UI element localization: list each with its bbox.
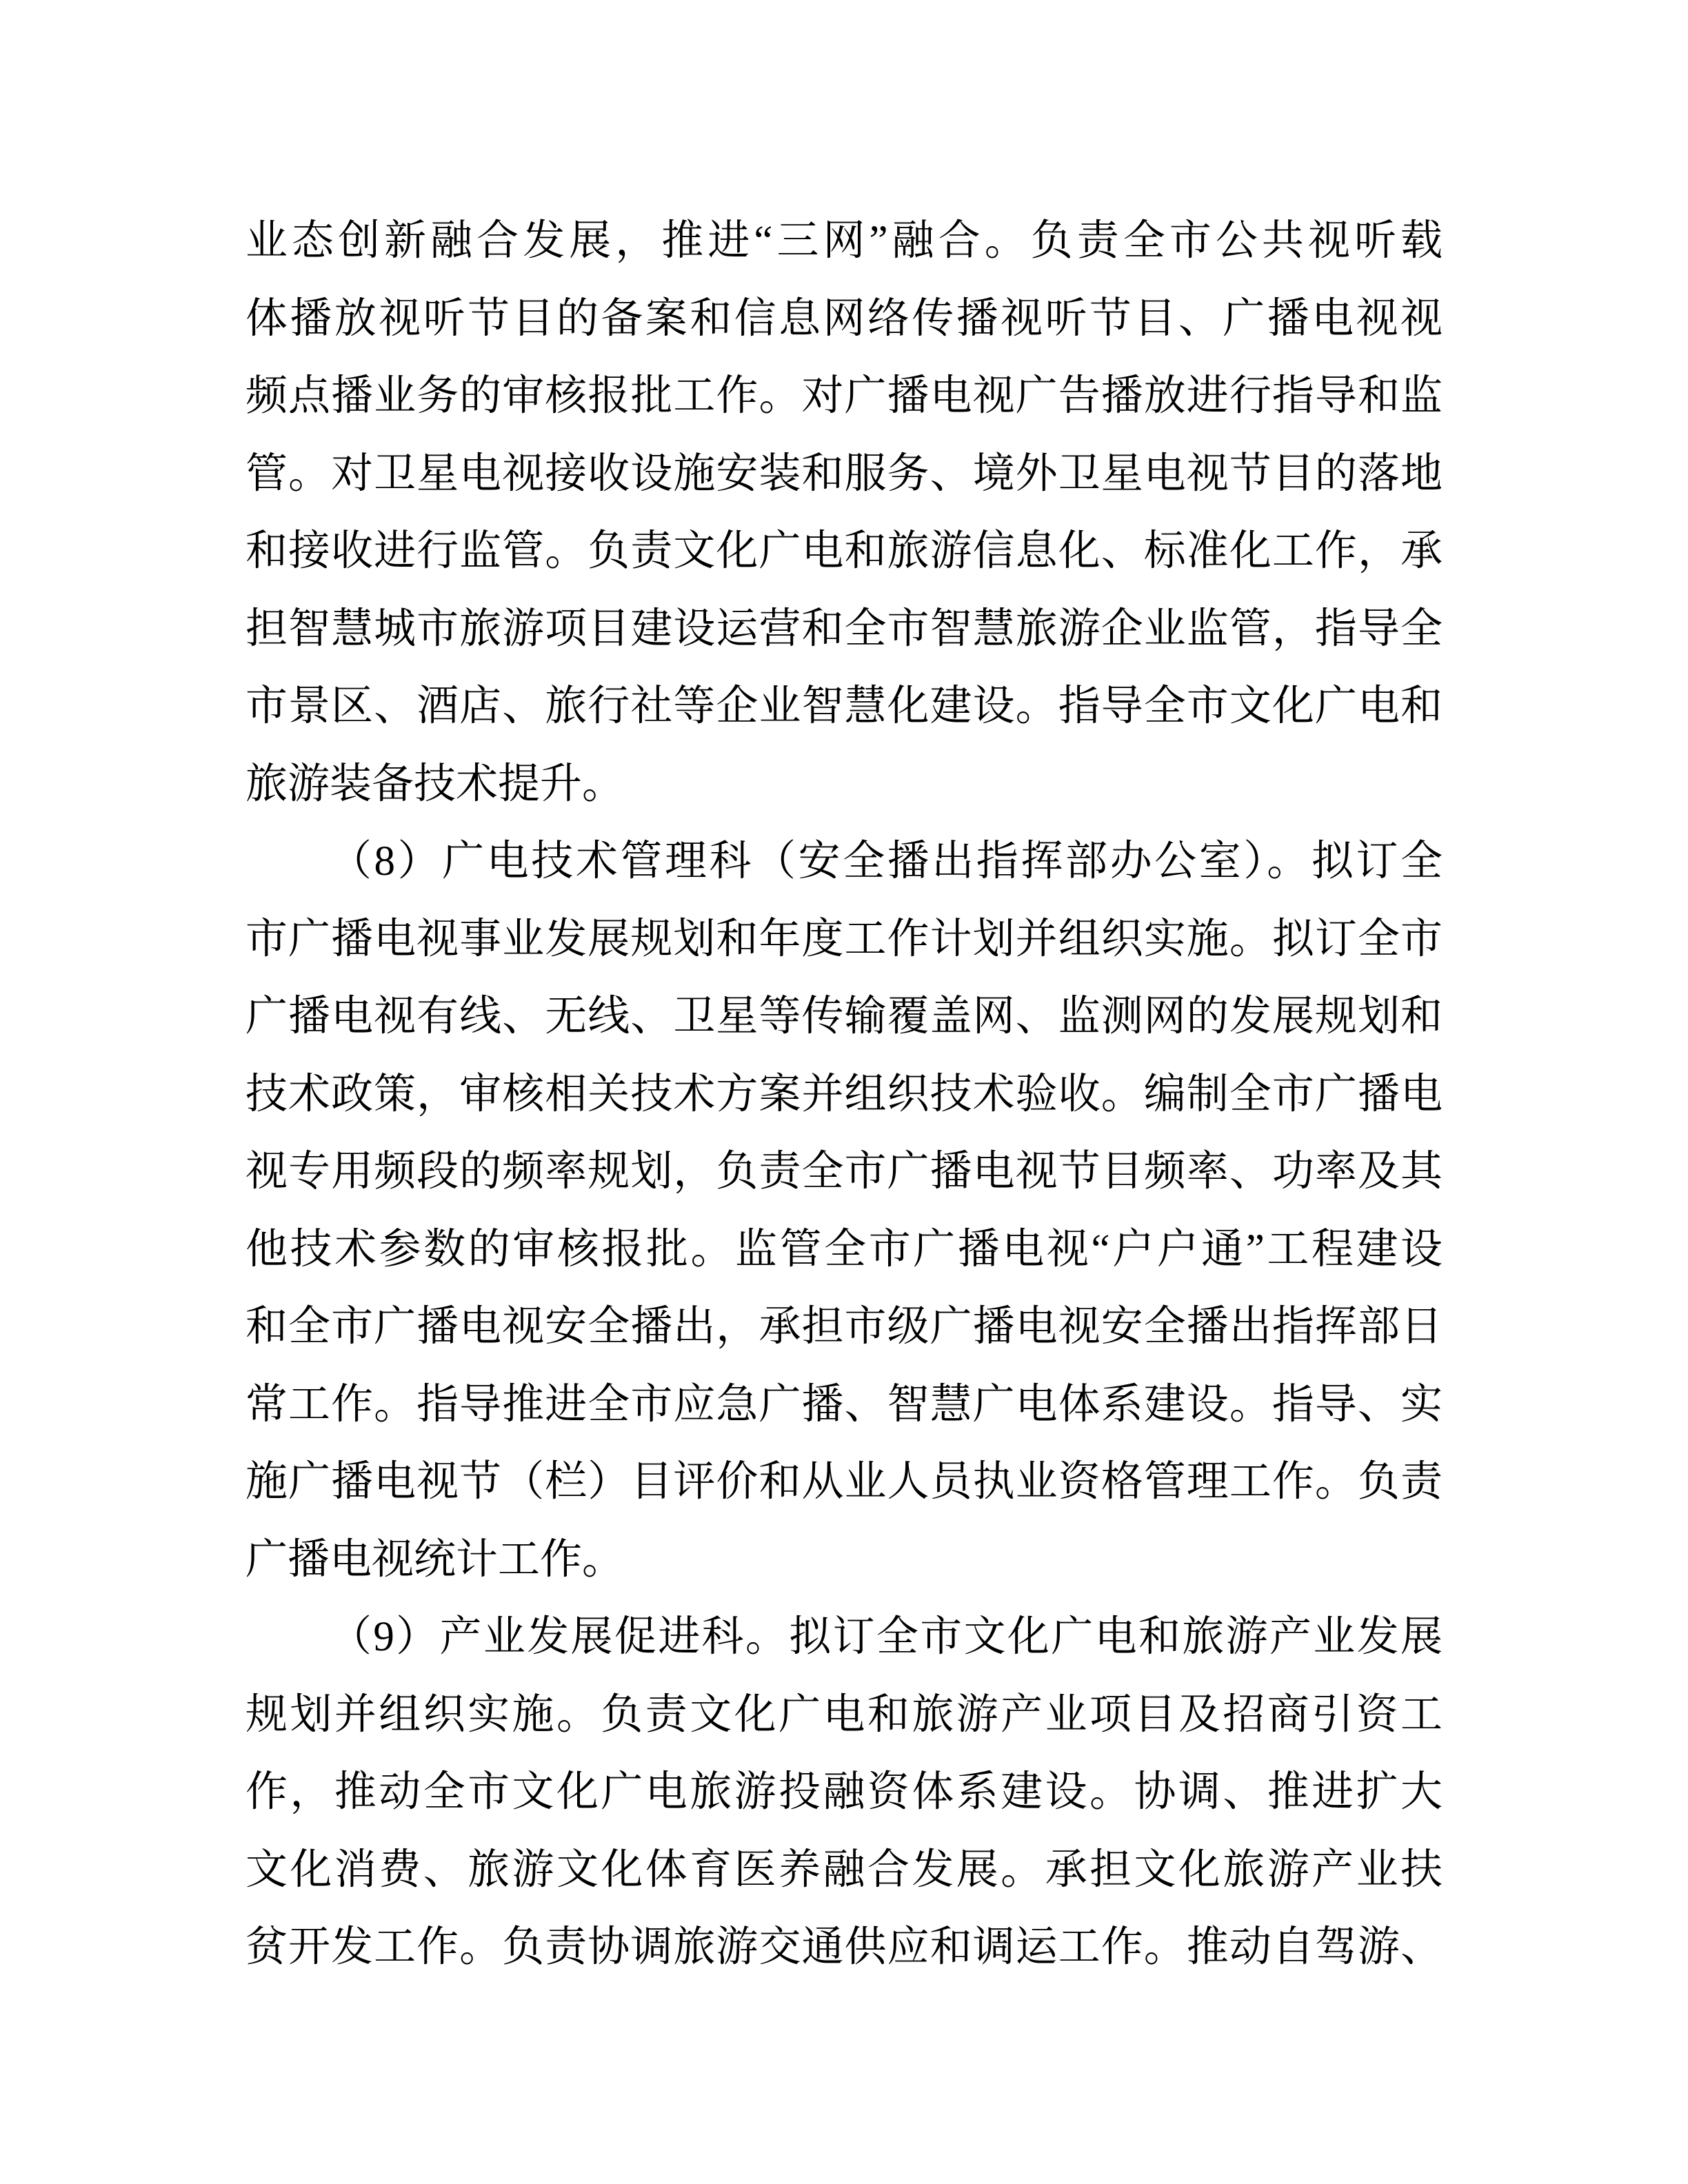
text-line: 旅游装备技术提升。 <box>245 746 1443 824</box>
text-line: 担智慧城市旅游项目建设运营和全市智慧旅游企业监管，指导全 <box>245 591 1443 669</box>
text-line: 体播放视听节目的备案和信息网络传播视听节目、广播电视视 <box>245 281 1443 358</box>
text-line: 技术政策，审核相关技术方案并组织技术验收。编制全市广播电 <box>245 1056 1443 1134</box>
text-line: 市广播电视事业发展规划和年度工作计划并组织实施。拟订全市 <box>245 901 1443 979</box>
text-line: 管。对卫星电视接收设施安装和服务、境外卫星电视节目的落地 <box>245 436 1443 514</box>
text-line: 频点播业务的审核报批工作。对广播电视广告播放进行指导和监 <box>245 358 1443 436</box>
text-line: 施广播电视节（栏）目评价和从业人员执业资格管理工作。负责 <box>245 1444 1443 1521</box>
text-line: 贫开发工作。负责协调旅游交通供应和调运工作。推动自驾游、 <box>245 1909 1443 1987</box>
text-line: 业态创新融合发展，推进“三网”融合。负责全市公共视听载 <box>245 203 1443 281</box>
document-body: 业态创新融合发展，推进“三网”融合。负责全市公共视听载体播放视听节目的备案和信息… <box>245 203 1443 1987</box>
text-line: 市景区、酒店、旅行社等企业智慧化建设。指导全市文化广电和 <box>245 668 1443 746</box>
text-line: 视专用频段的频率规划，负责全市广播电视节目频率、功率及其 <box>245 1133 1443 1211</box>
text-line: 作，推动全市文化广电旅游投融资体系建设。协调、推进扩大 <box>245 1754 1443 1832</box>
text-line: 广播电视有线、无线、卫星等传输覆盖网、监测网的发展规划和 <box>245 978 1443 1056</box>
text-line: （8）广电技术管理科（安全播出指挥部办公室）。拟订全 <box>245 823 1443 901</box>
text-line: 和全市广播电视安全播出，承担市级广播电视安全播出指挥部日 <box>245 1288 1443 1366</box>
text-line: 文化消费、旅游文化体育医养融合发展。承担文化旅游产业扶 <box>245 1832 1443 1910</box>
text-line: 常工作。指导推进全市应急广播、智慧广电体系建设。指导、实 <box>245 1366 1443 1444</box>
text-line: 他技术参数的审核报批。监管全市广播电视“户户通”工程建设 <box>245 1211 1443 1289</box>
document-page: 业态创新融合发展，推进“三网”融合。负责全市公共视听载体播放视听节目的备案和信息… <box>0 0 1688 2184</box>
text-line: 广播电视统计工作。 <box>245 1521 1443 1599</box>
text-line: （9）产业发展促进科。拟订全市文化广电和旅游产业发展 <box>245 1599 1443 1677</box>
text-line: 和接收进行监管。负责文化广电和旅游信息化、标准化工作，承 <box>245 513 1443 591</box>
text-line: 规划并组织实施。负责文化广电和旅游产业项目及招商引资工 <box>245 1677 1443 1755</box>
